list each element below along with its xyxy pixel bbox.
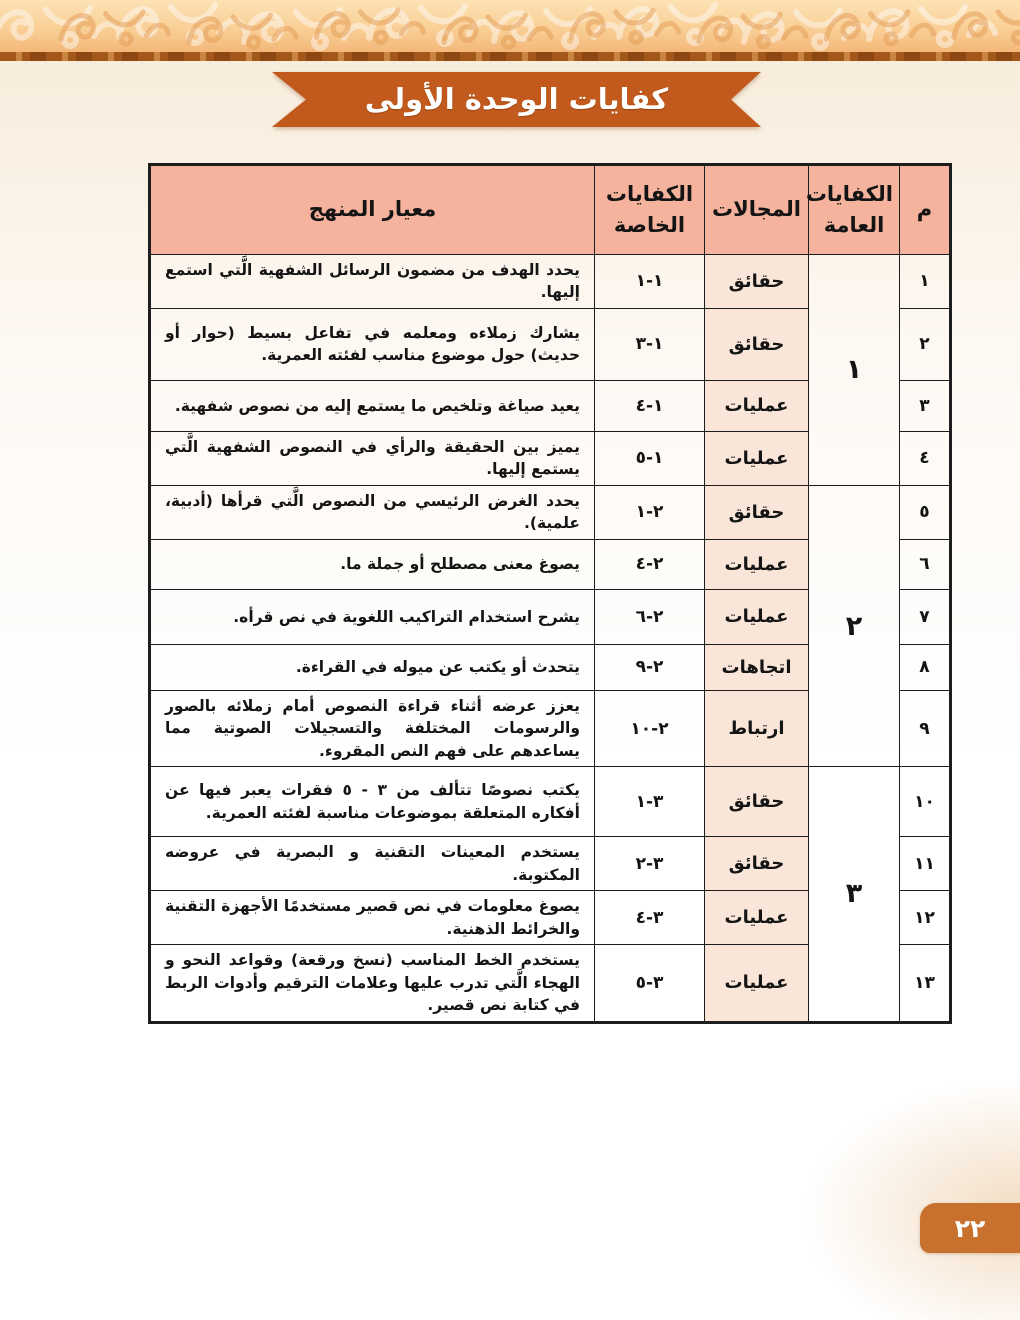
curriculum-standard-cell: يعزز عرضه أثناء قراءة النصوص أمام زملائه… (150, 690, 595, 766)
general-competency-cell: ١ (809, 255, 900, 486)
specific-competency-cell: ١-٣ (595, 308, 705, 380)
curriculum-standard-cell: يميز بين الحقيقة والرأي في النصوص الشفهي… (150, 431, 595, 485)
specific-competency-cell: ٢-١ (595, 485, 705, 539)
specific-competency-cell: ٢-٤ (595, 539, 705, 589)
title-ribbon: كفايات الوحدة الأولى (272, 72, 761, 127)
curriculum-standard-cell: يستخدم المعينات التقنية و البصرية في عرو… (150, 837, 595, 891)
specific-competency-cell: ٢-١٠ (595, 690, 705, 766)
col-header-standard: معيار المنهج (150, 165, 595, 255)
curriculum-standard-cell: يشارك زملاءه ومعلمه في تفاعل بسيط (حوار … (150, 308, 595, 380)
competencies-table: م الكفايات العامة المجالات الكفايات الخا… (148, 163, 952, 1024)
title-ribbon-shape: كفايات الوحدة الأولى (272, 72, 761, 127)
calligraphy-swirls-icon (0, 0, 1020, 52)
row-number: ٨ (900, 644, 951, 690)
page-number: ٢٢ (955, 1214, 986, 1243)
book-page: كفايات الوحدة الأولى م الكفايات العامة ا… (0, 0, 1020, 1320)
domain-cell: عمليات (705, 431, 809, 485)
calligraphy-pattern (0, 0, 1020, 52)
specific-competency-cell: ٣-١ (595, 767, 705, 837)
domain-cell: عمليات (705, 539, 809, 589)
general-competency-cell: ٢ (809, 485, 900, 766)
domain-cell: ارتباط (705, 690, 809, 766)
specific-competency-cell: ٣-٤ (595, 891, 705, 945)
specific-competency-cell: ٣-٢ (595, 837, 705, 891)
curriculum-standard-cell: يتحدث أو يكتب عن ميوله في القراءة. (150, 644, 595, 690)
col-header-specific: الكفايات الخاصة (595, 165, 705, 255)
row-number: ٥ (900, 485, 951, 539)
domain-cell: حقائق (705, 308, 809, 380)
table-row: ٥ ٢ حقائق ٢-١ يحدد الغرض الرئيسي من النص… (150, 485, 951, 539)
row-number: ١٢ (900, 891, 951, 945)
domain-cell: حقائق (705, 837, 809, 891)
row-number: ٤ (900, 431, 951, 485)
decorative-header-band (0, 0, 1020, 61)
domain-cell: حقائق (705, 485, 809, 539)
table-header-row: م الكفايات العامة المجالات الكفايات الخا… (150, 165, 951, 255)
row-number: ١٠ (900, 767, 951, 837)
curriculum-standard-cell: يصوغ معنى مصطلح أو جملة ما. (150, 539, 595, 589)
curriculum-standard-cell: يحدد الغرض الرئيسي من النصوص الَّتي قرأه… (150, 485, 595, 539)
row-number: ٩ (900, 690, 951, 766)
general-competency-cell: ٣ (809, 767, 900, 1022)
curriculum-standard-cell: يستخدم الخط المناسب (نسخ ورقعة) وقواعد ا… (150, 945, 595, 1022)
domain-cell: اتجاهات (705, 644, 809, 690)
decorative-strip (0, 52, 1020, 61)
specific-competency-cell: ٢-٩ (595, 644, 705, 690)
page-number-badge: ٢٢ (920, 1203, 1020, 1253)
domain-cell: عمليات (705, 380, 809, 431)
page-title: كفايات الوحدة الأولى (315, 85, 718, 114)
domain-cell: حقائق (705, 255, 809, 309)
table-row: ١٠ ٣ حقائق ٣-١ يكتب نصوصًا تتألف من ٣ - … (150, 767, 951, 837)
row-number: ٦ (900, 539, 951, 589)
specific-competency-cell: ١-٥ (595, 431, 705, 485)
curriculum-standard-cell: يعيد صياغة وتلخيص ما يستمع إليه من نصوص … (150, 380, 595, 431)
row-number: ١١ (900, 837, 951, 891)
row-number: ١ (900, 255, 951, 309)
domain-cell: عمليات (705, 589, 809, 644)
specific-competency-cell: ١-٤ (595, 380, 705, 431)
specific-competency-cell: ١-١ (595, 255, 705, 309)
domain-cell: حقائق (705, 767, 809, 837)
row-number: ١٣ (900, 945, 951, 1022)
col-header-general: الكفايات العامة (809, 165, 900, 255)
row-number: ٣ (900, 380, 951, 431)
specific-competency-cell: ٣-٥ (595, 945, 705, 1022)
curriculum-standard-cell: يكتب نصوصًا تتألف من ٣ - ٥ فقرات يعبر في… (150, 767, 595, 837)
curriculum-standard-cell: يصوغ معلومات في نص قصير مستخدمًا الأجهزة… (150, 891, 595, 945)
curriculum-standard-cell: يشرح استخدام التراكيب اللغوية في نص قرأه… (150, 589, 595, 644)
specific-competency-cell: ٢-٦ (595, 589, 705, 644)
table-row: ١ ١ حقائق ١-١ يحدد الهدف من مضمون الرسائ… (150, 255, 951, 309)
domain-cell: عمليات (705, 891, 809, 945)
curriculum-standard-cell: يحدد الهدف من مضمون الرسائل الشفهية الَّ… (150, 255, 595, 309)
row-number: ٢ (900, 308, 951, 380)
domain-cell: عمليات (705, 945, 809, 1022)
row-number: ٧ (900, 589, 951, 644)
col-header-num: م (900, 165, 951, 255)
col-header-domains: المجالات (705, 165, 809, 255)
